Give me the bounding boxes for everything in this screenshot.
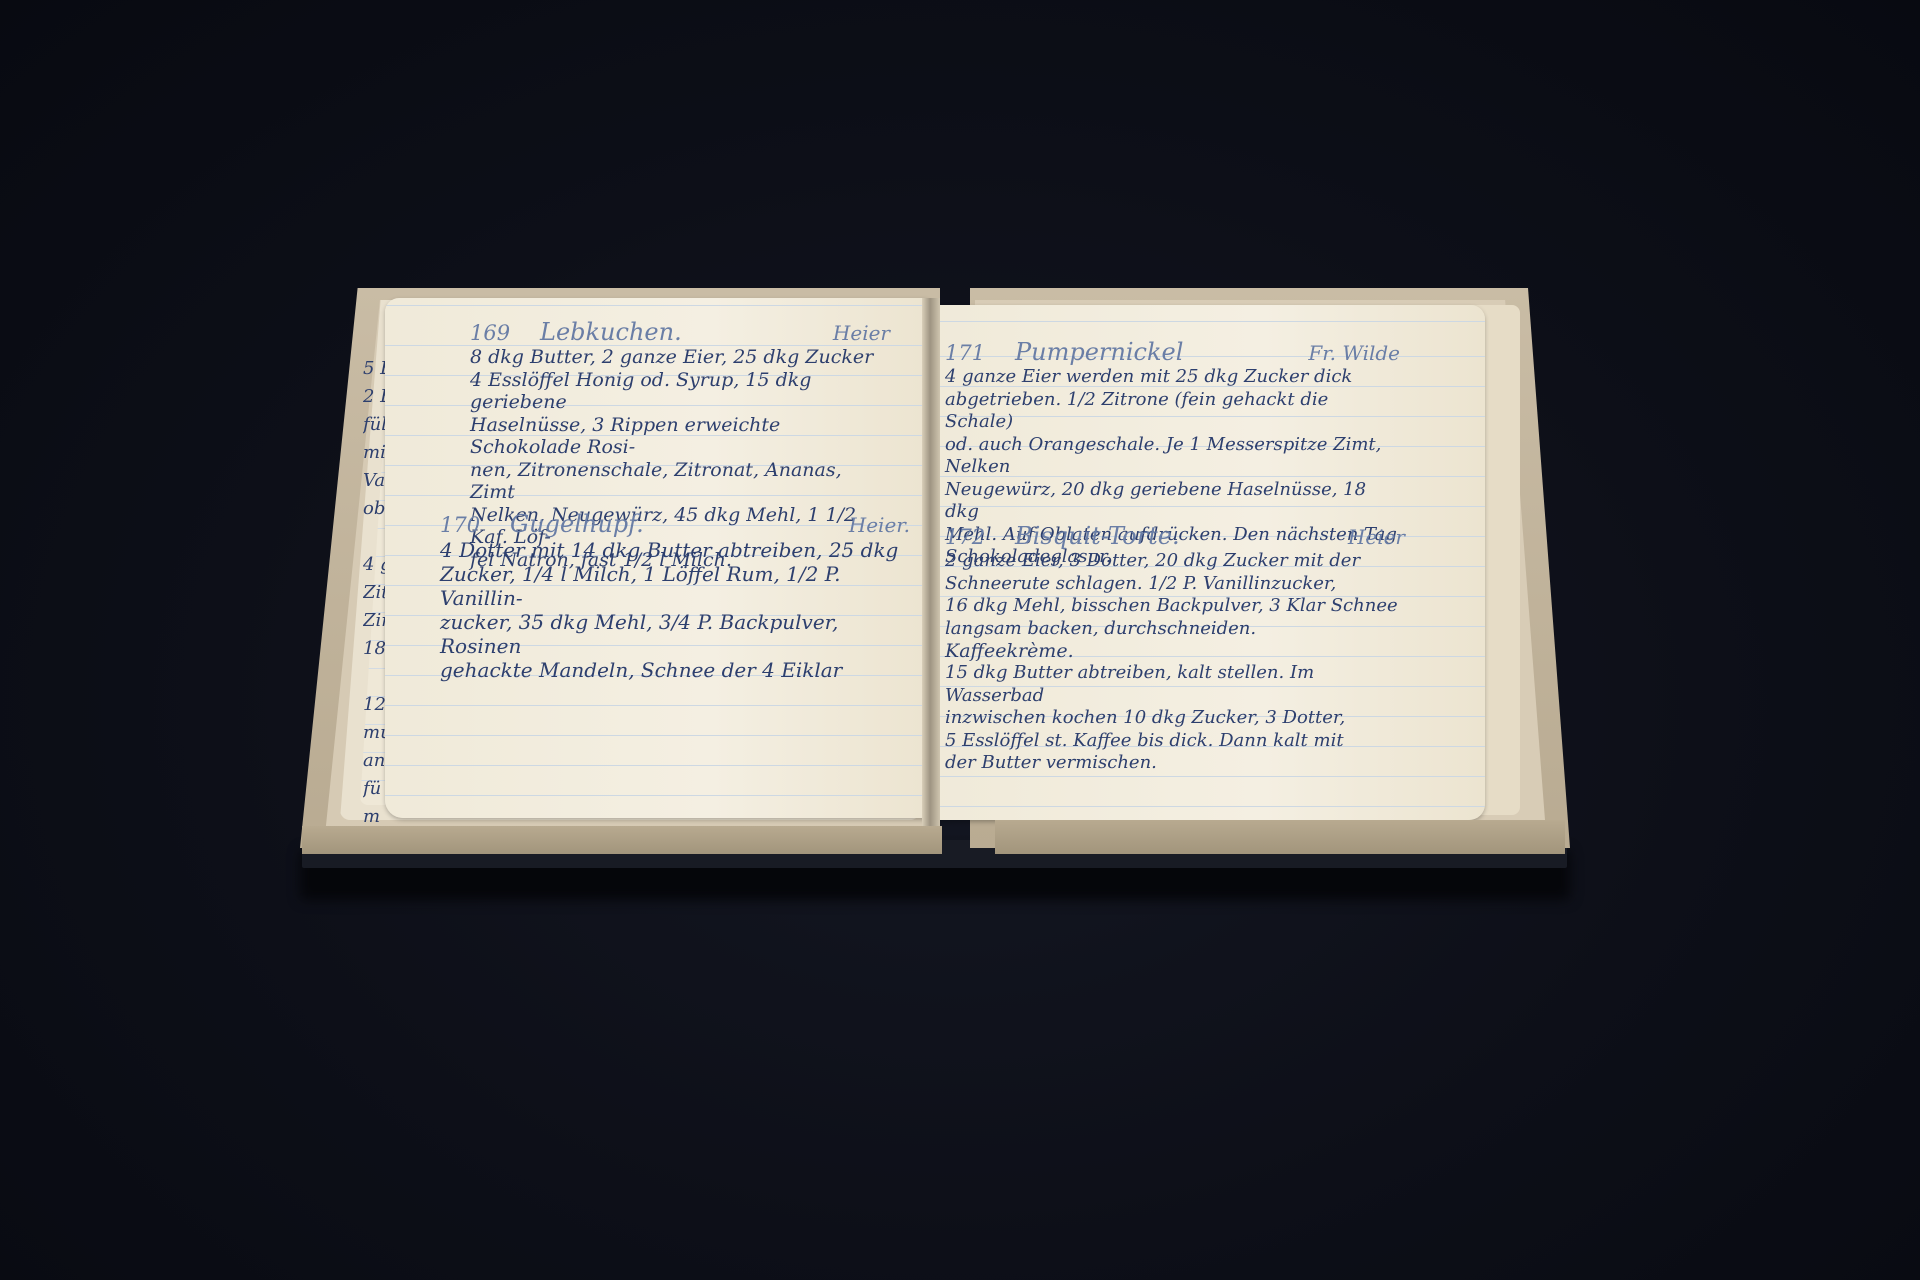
recipe-title: Gugelhupf.: [510, 510, 849, 538]
recipe-subtitle: Kaffeekrème.: [945, 640, 1405, 662]
notebook-gutter: [922, 298, 940, 838]
recipe-title: Lebkuchen.: [540, 318, 833, 346]
recipe-number: 171: [945, 341, 1015, 365]
recipe-body: 4 Dotter mit 14 dkg Butter abtreiben, 25…: [440, 538, 910, 682]
box-front-left: [302, 826, 942, 854]
recipe-title: Pumpernickel: [1015, 338, 1308, 366]
box-front-right: [995, 820, 1565, 854]
recipe-author: Heier: [833, 321, 890, 345]
recipe-body-continued: 15 dkg Butter abtreiben, kalt stellen. I…: [945, 662, 1405, 775]
recipe-title: Bisquit-Torte.: [1015, 522, 1348, 550]
recipe-number: 170: [440, 513, 510, 537]
recipe-author: Heier.: [849, 513, 910, 537]
recipe-author: Heier: [1348, 525, 1405, 549]
recipe-170: 170 Gugelhupf. Heier. 4 Dotter mit 14 dk…: [440, 510, 910, 682]
recipe-body: 2 ganze Eier, 3 Dotter, 20 dkg Zucker mi…: [945, 550, 1405, 640]
recipe-author: Fr. Wilde: [1308, 341, 1400, 365]
recipe-number: 172: [945, 525, 1015, 549]
recipe-172: 172 Bisquit-Torte. Heier 2 ganze Eier, 3…: [945, 522, 1405, 775]
photo-scene: 5 Ess 2 Eie füll mig Vani obenau 4 ge Zi…: [0, 0, 1920, 1280]
recipe-number: 169: [470, 321, 540, 345]
